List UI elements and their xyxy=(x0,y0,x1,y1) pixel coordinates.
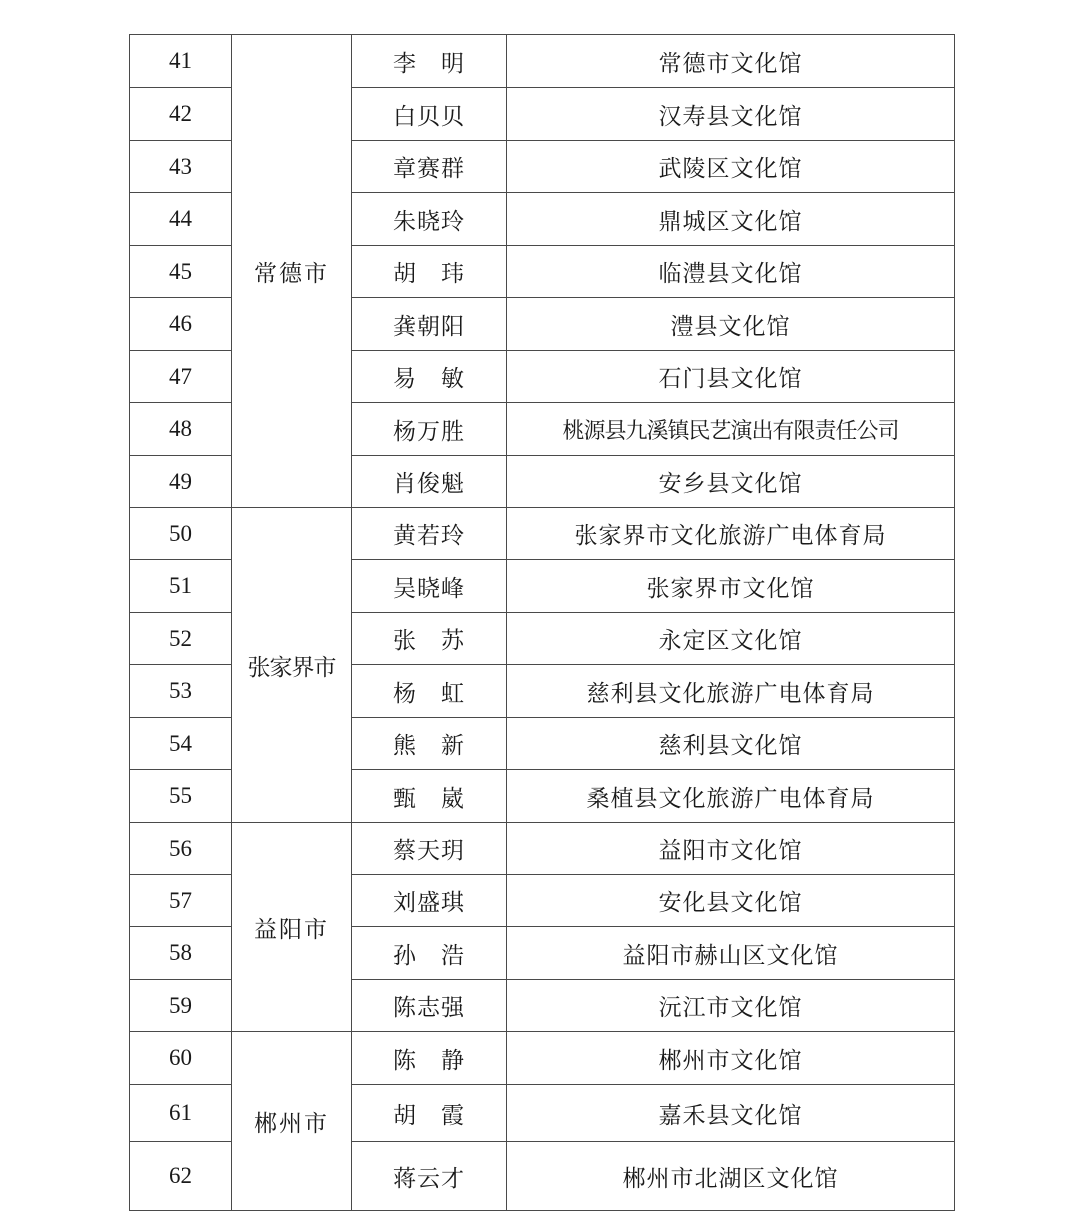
person-name: 杨万胜 xyxy=(352,403,507,456)
row-number: 46 xyxy=(130,298,232,351)
row-number: 62 xyxy=(130,1142,232,1211)
row-number: 61 xyxy=(130,1085,232,1142)
person-name: 张 苏 xyxy=(352,613,507,665)
work-unit: 张家界市文化旅游广电体育局 xyxy=(507,508,955,560)
person-name: 章赛群 xyxy=(352,141,507,193)
person-name: 李 明 xyxy=(352,35,507,88)
person-name: 龚朝阳 xyxy=(352,298,507,351)
work-unit: 慈利县文化旅游广电体育局 xyxy=(507,665,955,718)
work-unit: 安乡县文化馆 xyxy=(507,456,955,508)
city-cell: 张家界市 xyxy=(232,508,352,823)
work-unit: 慈利县文化馆 xyxy=(507,718,955,770)
row-number: 60 xyxy=(130,1032,232,1085)
work-unit: 益阳市赫山区文化馆 xyxy=(507,927,955,980)
table-row: 50 张家界市 黄若玲 张家界市文化旅游广电体育局 xyxy=(130,508,955,560)
work-unit: 汉寿县文化馆 xyxy=(507,88,955,141)
row-number: 55 xyxy=(130,770,232,823)
row-number: 45 xyxy=(130,246,232,298)
work-unit: 澧县文化馆 xyxy=(507,298,955,351)
row-number: 59 xyxy=(130,980,232,1032)
work-unit: 桑植县文化旅游广电体育局 xyxy=(507,770,955,823)
work-unit: 张家界市文化馆 xyxy=(507,560,955,613)
row-number: 57 xyxy=(130,875,232,927)
row-number: 48 xyxy=(130,403,232,456)
work-unit: 武陵区文化馆 xyxy=(507,141,955,193)
person-name: 蔡天玥 xyxy=(352,823,507,875)
person-name: 白贝贝 xyxy=(352,88,507,141)
work-unit: 石门县文化馆 xyxy=(507,351,955,403)
person-name: 孙 浩 xyxy=(352,927,507,980)
work-unit: 常德市文化馆 xyxy=(507,35,955,88)
row-number: 54 xyxy=(130,718,232,770)
row-number: 47 xyxy=(130,351,232,403)
work-unit: 郴州市文化馆 xyxy=(507,1032,955,1085)
person-name: 肖俊魁 xyxy=(352,456,507,508)
city-cell: 常德市 xyxy=(232,35,352,508)
row-number: 41 xyxy=(130,35,232,88)
person-name: 吴晓峰 xyxy=(352,560,507,613)
work-unit: 鼎城区文化馆 xyxy=(507,193,955,246)
row-number: 49 xyxy=(130,456,232,508)
row-number: 53 xyxy=(130,665,232,718)
work-unit: 安化县文化馆 xyxy=(507,875,955,927)
work-unit: 桃源县九溪镇民艺演出有限责任公司 xyxy=(507,403,955,456)
work-unit: 嘉禾县文化馆 xyxy=(507,1085,955,1142)
person-name: 黄若玲 xyxy=(352,508,507,560)
table-row: 60 郴州市 陈 静 郴州市文化馆 xyxy=(130,1032,955,1085)
row-number: 44 xyxy=(130,193,232,246)
work-unit: 益阳市文化馆 xyxy=(507,823,955,875)
person-name: 刘盛琪 xyxy=(352,875,507,927)
person-name: 朱晓玲 xyxy=(352,193,507,246)
person-name: 蒋云才 xyxy=(352,1142,507,1211)
person-name: 胡 玮 xyxy=(352,246,507,298)
work-unit: 郴州市北湖区文化馆 xyxy=(507,1142,955,1211)
row-number: 42 xyxy=(130,88,232,141)
row-number: 58 xyxy=(130,927,232,980)
table-row: 56 益阳市 蔡天玥 益阳市文化馆 xyxy=(130,823,955,875)
row-number: 43 xyxy=(130,141,232,193)
roster-table: 41 常德市 李 明 常德市文化馆 42 白贝贝 汉寿县文化馆 43 章赛群 武… xyxy=(129,34,955,1211)
person-name: 杨 虹 xyxy=(352,665,507,718)
person-name: 陈 静 xyxy=(352,1032,507,1085)
person-name: 甄 崴 xyxy=(352,770,507,823)
person-name: 胡 霞 xyxy=(352,1085,507,1142)
city-cell: 郴州市 xyxy=(232,1032,352,1211)
row-number: 51 xyxy=(130,560,232,613)
person-name: 陈志强 xyxy=(352,980,507,1032)
person-name: 易 敏 xyxy=(352,351,507,403)
row-number: 50 xyxy=(130,508,232,560)
table-row: 41 常德市 李 明 常德市文化馆 xyxy=(130,35,955,88)
work-unit: 沅江市文化馆 xyxy=(507,980,955,1032)
work-unit: 永定区文化馆 xyxy=(507,613,955,665)
city-cell: 益阳市 xyxy=(232,823,352,1032)
row-number: 52 xyxy=(130,613,232,665)
person-name: 熊 新 xyxy=(352,718,507,770)
row-number: 56 xyxy=(130,823,232,875)
work-unit: 临澧县文化馆 xyxy=(507,246,955,298)
